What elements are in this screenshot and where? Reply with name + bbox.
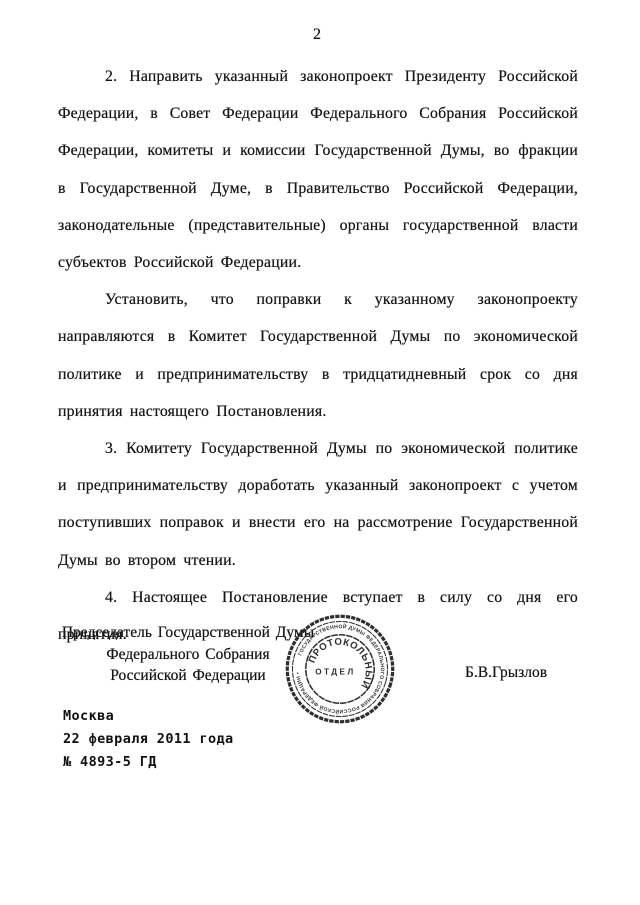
issue-details: Москва 22 февраля 2011 года № 4893-5 ГД [63,705,234,774]
signatory-title-line-1: Председатель Государственной Думы [60,622,316,644]
signatory-title-line-3: Российской Федерации [60,665,316,687]
paragraph-amendments: Установить, что поправки к указанному за… [58,281,578,430]
stamp-subtitle-text: ОТДЕЛ [315,668,355,677]
protocol-department-stamp-seal: ГОСУДАРСТВЕННОЙ ДУМЫ ФЕДЕРАЛЬНОГО СОБРАН… [283,606,397,732]
document-body: 2. Направить указанный законопроект През… [58,58,578,653]
paragraph-item-2: 2. Направить указанный законопроект През… [58,58,578,281]
stamp-seal-graphic: ГОСУДАРСТВЕННОЙ ДУМЫ ФЕДЕРАЛЬНОГО СОБРАН… [283,606,397,732]
paragraph-item-3: 3. Комитету Государственной Думы по экон… [58,430,578,579]
signatory-title: Председатель Государственной Думы Федера… [60,622,316,687]
document-page: 2 2. Направить указанный законопроект Пр… [0,0,640,905]
signatory-name: Б.В.Грызлов [465,664,547,682]
page-number: 2 [0,26,634,44]
issue-city: Москва [63,705,234,728]
issue-date: 22 февраля 2011 года [63,728,234,751]
document-number: № 4893-5 ГД [63,751,234,774]
signatory-title-line-2: Федерального Собрания [60,644,316,666]
